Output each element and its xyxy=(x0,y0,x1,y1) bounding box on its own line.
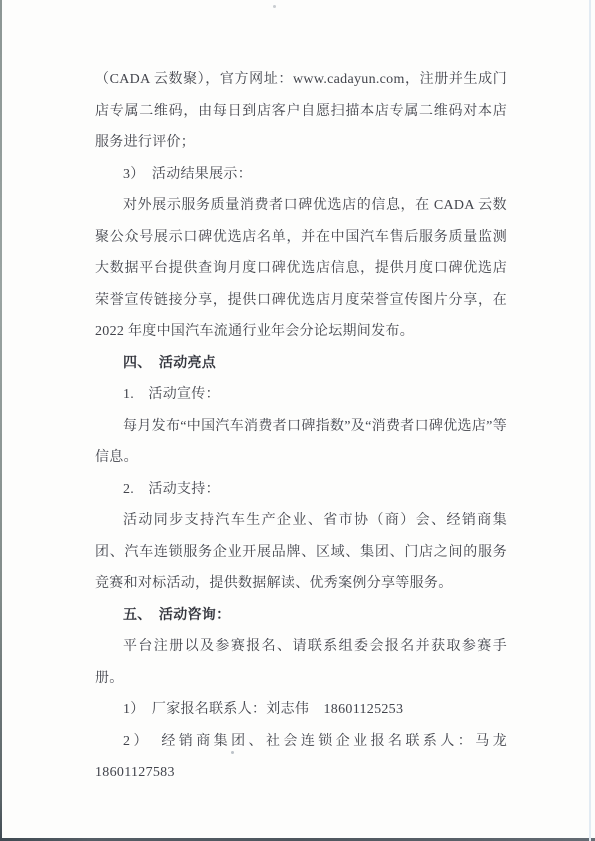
document-content: （CADA 云数聚），官方网址：www.cadayun.com，注册并生成门店专… xyxy=(95,64,507,789)
scanned-document-page: （CADA 云数聚），官方网址：www.cadayun.com，注册并生成门店专… xyxy=(0,0,595,841)
section-heading-activity-consultation: 五、 活动咨询： xyxy=(95,600,507,632)
scan-speck xyxy=(273,5,276,8)
paragraph-contact-manufacturer: 1） 厂家报名联系人：刘志伟 18601125253 xyxy=(95,694,507,726)
item-3-results-display-label: 3） 活动结果展示： xyxy=(95,159,507,191)
scan-artifact-line xyxy=(589,0,591,841)
paragraph-promotion-detail: 每月发布“中国汽车消费者口碑指数”及“消费者口碑优选店”等信息。 xyxy=(95,411,507,474)
item-1-activity-promotion-label: 1. 活动宣传： xyxy=(95,379,507,411)
scan-edge-left xyxy=(0,0,2,841)
paragraph-registration-instruction: 平台注册以及参赛报名、请联系组委会报名并获取参赛手册。 xyxy=(95,631,507,694)
item-2-activity-support-label: 2. 活动支持： xyxy=(95,474,507,506)
paragraph-cada-registration: （CADA 云数聚），官方网址：www.cadayun.com，注册并生成门店专… xyxy=(95,64,507,159)
paragraph-contact-dealer-group: 2） 经销商集团、社会连锁企业报名联系人：马龙 18601127583 xyxy=(95,726,507,789)
paragraph-results-display-detail: 对外展示服务质量消费者口碑优选店的信息，在 CADA 云数聚公众号展示口碑优选店… xyxy=(95,190,507,348)
paragraph-support-detail: 活动同步支持汽车生产企业、省市协（商）会、经销商集团、汽车连锁服务企业开展品牌、… xyxy=(95,505,507,600)
section-heading-activity-highlights: 四、 活动亮点 xyxy=(95,348,507,380)
